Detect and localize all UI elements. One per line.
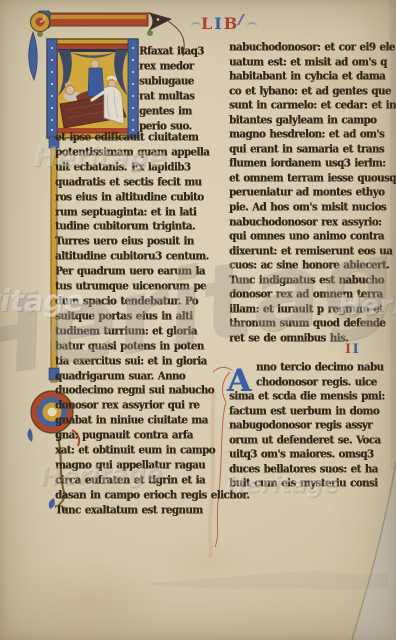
right-text-column-chapter2: nno tercio decimo nabuchodonosor regis. … [229, 360, 385, 491]
text-line: uitq3 om's maiores. omsq3 [229, 447, 385, 463]
text-line: uit ecbatanis. Ex lapidib3 [55, 160, 249, 176]
text-line: nabuchodonosor: et cor ei9 ele [229, 40, 396, 56]
text-line: tudine cubitorum triginta. [55, 219, 249, 235]
text-line: sunt in carmelo: et cedar: et inha [229, 98, 396, 114]
text-line: duodecimo regni sui nabucho [55, 383, 249, 399]
text-line: uatum est: et misit ad om's q [229, 55, 396, 71]
text-line: factum est uerbum in domo [229, 404, 385, 420]
right-text-column: nabuchodonosor: et cor ei9 eleuatum est:… [229, 40, 396, 345]
text-line: chodonosor regis. uice [229, 375, 385, 391]
text-line: cuos: ac sine honore abiecert. [229, 258, 396, 274]
text-line: nno tercio decimo nabu [229, 360, 385, 376]
text-line: qui omnes uno animo contra [229, 229, 396, 245]
text-line: habitabant in cyhcia et dama [229, 69, 396, 85]
text-line: perueniatur ad montes ethyo [229, 185, 396, 201]
text-line: sima et scda die mensis pmi: [229, 389, 385, 405]
text-line: Turres uero eius posuit in [55, 234, 249, 250]
text-line: tia exercitus sui: et in gloria [55, 354, 249, 370]
text-line: subiugaue [139, 74, 204, 90]
chapter-numeral: I I [345, 342, 360, 357]
text-line: Tunc indignatus est nabucho [229, 273, 396, 289]
running-title: L I B [191, 14, 257, 33]
text-line: Per quadrum uero earum la [55, 264, 249, 280]
text-line: potentissimam quam appella [55, 145, 249, 161]
text-line: tudinem turrium: et gloria [55, 324, 249, 340]
text-line: circa eufraten et tigrin et ia [55, 473, 249, 489]
text-line: dum spacio tendebatur. Po [55, 294, 249, 310]
text-line: gentes im [139, 104, 204, 120]
text-line: magno hesdrelon: et ad om's [229, 127, 396, 143]
text-line: Tunc exaltatum est regnum [55, 503, 249, 519]
text-line: tus utrumque uicenorum pe [55, 279, 249, 295]
text-line: altitudine cubitoru3 centum. [55, 249, 249, 265]
manuscript-page: L I B Rfaxat itaq3rex medorsubiugauerat … [0, 0, 396, 640]
flourish-icon [247, 22, 257, 30]
text-line: ros eius in altitudine cubito [55, 190, 249, 206]
text-line: gna: pugnauit contra arfa [55, 428, 249, 444]
text-line: donosor rex ad omnem terra [229, 287, 396, 303]
text-line: orum ut defenderet se. Voca [229, 433, 385, 449]
left-text-column: et ipse edificauit ciuitatempotentissima… [55, 130, 249, 518]
text-line: donosor rex assyrior qui re [55, 398, 249, 414]
text-line: xat: et obtinuit eum in campo [55, 443, 249, 459]
historiated-initial [47, 39, 138, 138]
text-line: quadratis et sectis fecit mu [55, 175, 249, 191]
text-line: co et lybano: et ad gentes que [229, 84, 396, 100]
left-column-opening-lines: Rfaxat itaq3rex medorsubiugauerat multas… [139, 44, 204, 134]
text-line: magno qui appellatur ragau [55, 458, 249, 474]
text-line: batur quasi potens in poten [55, 339, 249, 355]
running-title-letter: I [214, 14, 223, 33]
chapter-numeral-glyph: I [353, 342, 361, 357]
running-title-letter: L [201, 14, 214, 33]
text-line: nabuchodonosor rex assyrio: [229, 215, 396, 231]
text-line: et ipse edificauit ciuitatem [55, 130, 249, 146]
text-line: thronum suum quod defende [229, 316, 396, 332]
text-line: nabugodonosor regis assyr [229, 418, 385, 434]
text-line: gnabat in niniue ciuitate ma [55, 413, 249, 429]
text-line: suitque portas eius in alti [55, 309, 249, 325]
text-line: pie. Ad hos om's misit nucios [229, 200, 396, 216]
text-line: dasan in campo erioch regis elichor. [55, 488, 249, 504]
text-line: rex medor [139, 59, 204, 75]
text-line: buit cum eis mysteriu consi [229, 476, 385, 492]
flourish-icon [191, 22, 201, 30]
text-line: bitantes galyleam in campo [229, 113, 396, 129]
text-line: Rfaxat itaq3 [139, 44, 204, 60]
text-line: ret se de omnibus his. [229, 331, 396, 347]
text-line: dixerunt: et remiserunt eos ua [229, 244, 396, 260]
corner-curl-icon [31, 13, 50, 32]
chapter-numeral-glyph: I [345, 342, 353, 357]
text-line: flumen iordanem usq3 ierlm: [229, 156, 396, 172]
text-line: rat multas [139, 89, 204, 105]
